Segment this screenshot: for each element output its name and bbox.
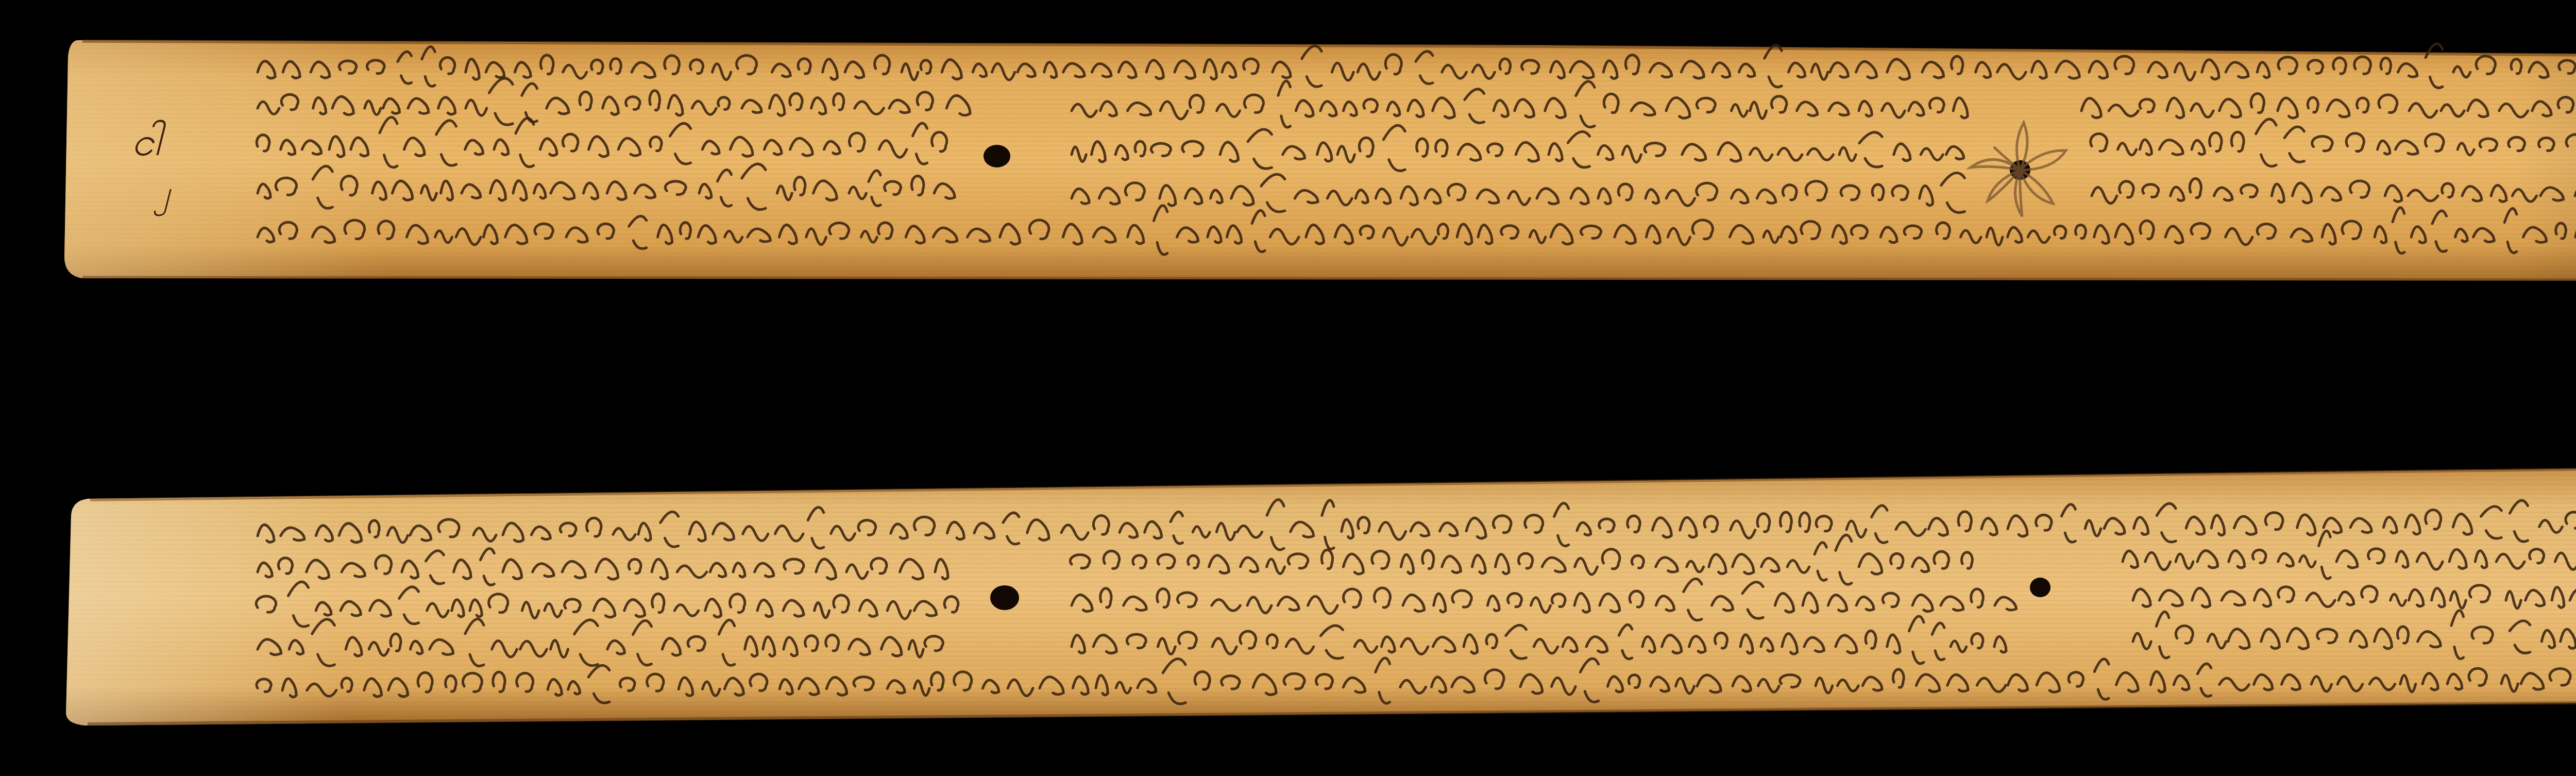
string-hole-right: [2030, 578, 2050, 597]
string-hole-left: [990, 585, 1019, 610]
manuscript-leaf-2: Leaf 2 (lower folio): [0, 0, 2576, 776]
leaf-2-graphic: [0, 0, 2576, 776]
